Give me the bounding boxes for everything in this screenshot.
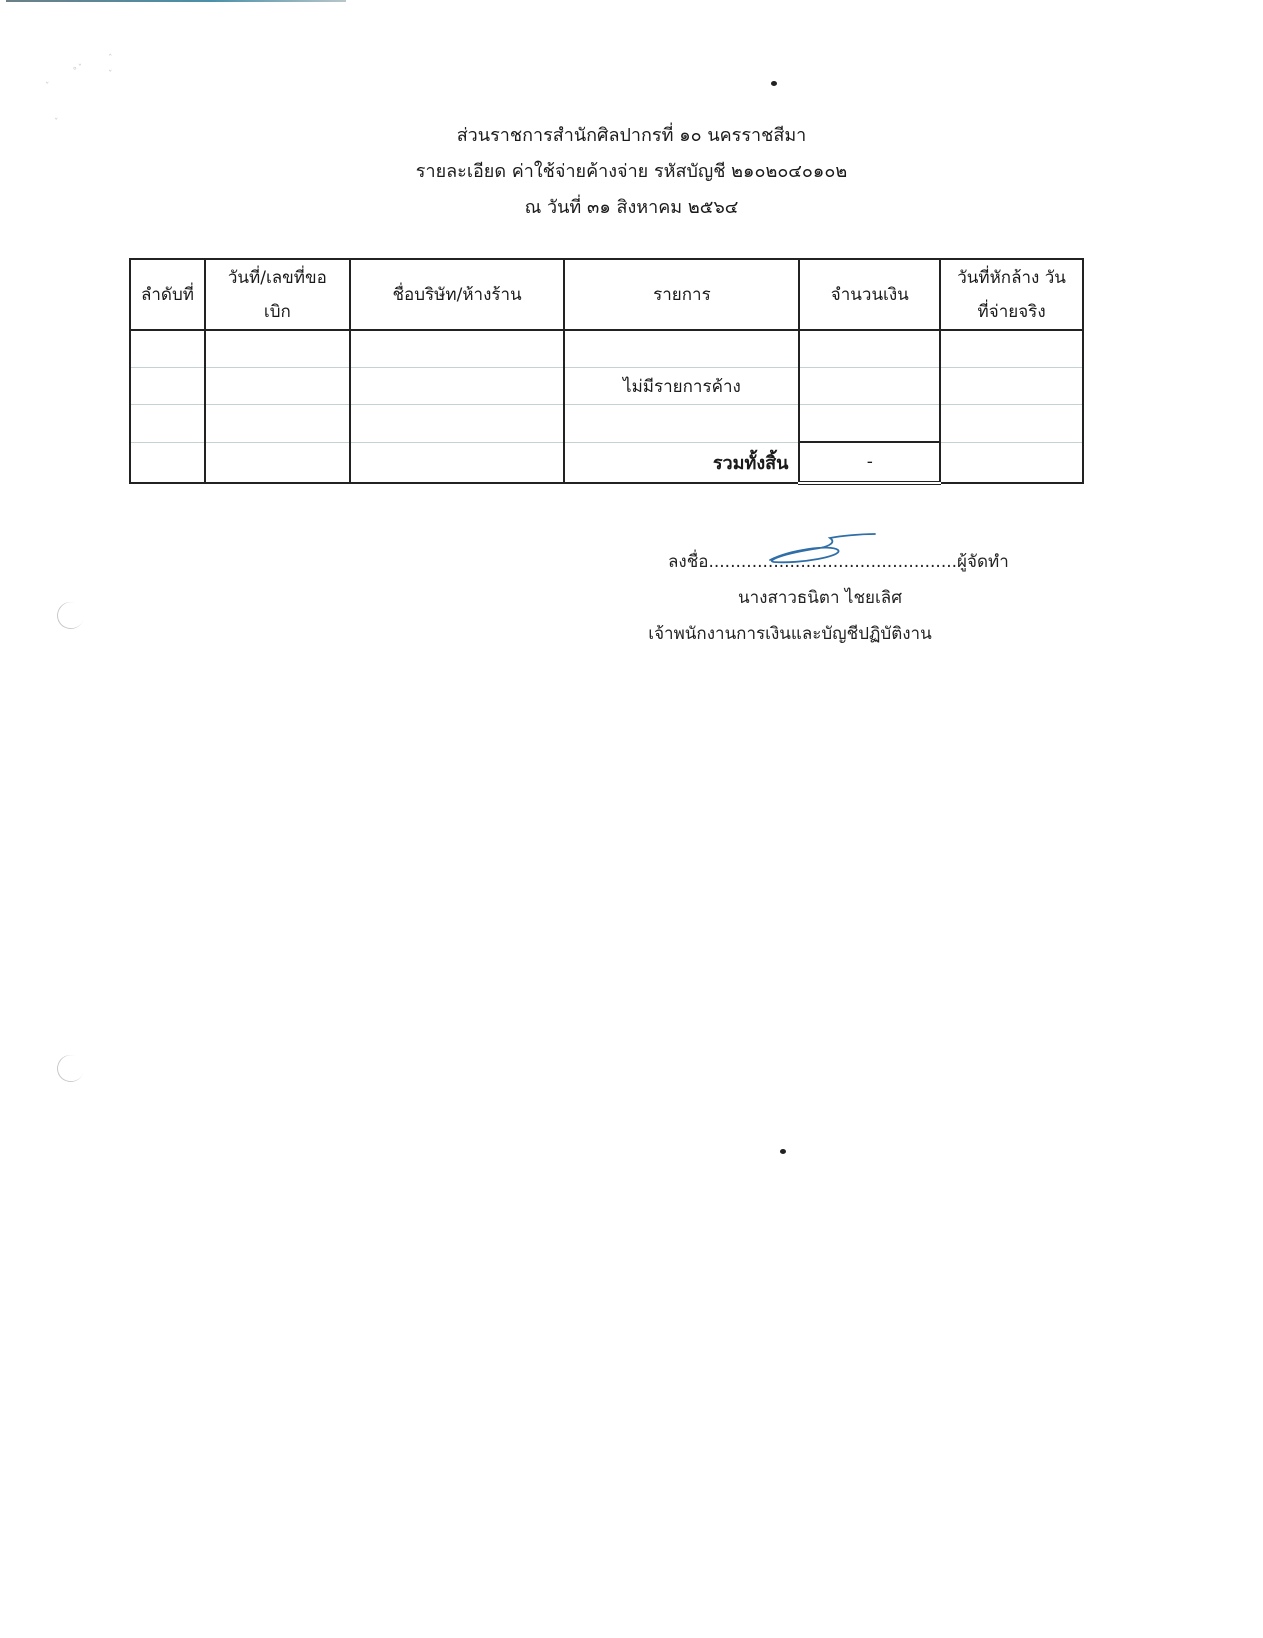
column-header-company: ชื่อบริษัท/ห้างร้าน xyxy=(350,259,565,330)
scan-edge-artifact xyxy=(6,0,346,2)
column-header-sequence: ลำดับที่ xyxy=(130,259,205,330)
cell-company xyxy=(350,442,565,483)
total-row: รวมทั้งสิ้น - xyxy=(130,442,1083,483)
signature-dots: ........................................… xyxy=(708,552,957,572)
signature-role: ผู้จัดทำ xyxy=(957,552,1009,572)
scan-mark: ˇ xyxy=(45,82,50,92)
signature-prefix: ลงชื่อ xyxy=(668,552,708,572)
column-header-amount: จำนวนเงิน xyxy=(799,259,940,330)
scan-mark: ∘ˇ xyxy=(72,64,82,74)
cell-sequence xyxy=(130,405,205,443)
cell-date-request-no xyxy=(205,330,350,368)
cell-company xyxy=(350,330,565,368)
signature-line: ลงชื่อ..................................… xyxy=(668,548,1009,575)
cell-amount xyxy=(799,330,940,368)
cell-amount xyxy=(799,405,940,443)
cell-amount xyxy=(799,368,940,405)
scan-speck xyxy=(771,81,777,86)
cell-sequence xyxy=(130,368,205,405)
column-header-clearing-payment-date: วันที่หักล้าง วันที่จ่ายจริง xyxy=(940,259,1083,330)
cell-date-request-no xyxy=(205,368,350,405)
cell-clearing-date xyxy=(940,368,1083,405)
cell-company xyxy=(350,368,565,405)
no-outstanding-items-note: ไม่มีรายการค้าง xyxy=(564,368,799,405)
cell-item xyxy=(564,405,799,443)
cell-sequence xyxy=(130,330,205,368)
scan-mark: ˆ xyxy=(108,54,113,64)
cell-sequence xyxy=(130,442,205,483)
table-row xyxy=(130,330,1083,368)
punch-hole xyxy=(53,1051,88,1086)
report-date: ณ วันที่ ๓๑ สิงหาคม ๒๕๖๔ xyxy=(0,190,1263,226)
scan-speck xyxy=(780,1149,786,1154)
document-header: ส่วนราชการสำนักศิลปากรที่ ๑๐ นครราชสีมา … xyxy=(0,118,1263,226)
punch-hole xyxy=(53,598,88,633)
table-header-row: ลำดับที่ วันที่/เลขที่ขอ เบิก ชื่อบริษัท… xyxy=(130,259,1083,330)
table-row xyxy=(130,405,1083,443)
organization-title: ส่วนราชการสำนักศิลปากรที่ ๑๐ นครราชสีมา xyxy=(0,118,1263,154)
cell-clearing-date xyxy=(940,442,1083,483)
table-row: ไม่มีรายการค้าง xyxy=(130,368,1083,405)
report-subject: รายละเอียด ค่าใช้จ่ายค้างจ่าย รหัสบัญชี … xyxy=(0,154,1263,190)
column-header-date-request-no: วันที่/เลขที่ขอ เบิก xyxy=(205,259,350,330)
total-amount: - xyxy=(799,442,940,483)
accrued-expenses-table: ลำดับที่ วันที่/เลขที่ขอ เบิก ชื่อบริษัท… xyxy=(129,258,1084,485)
total-label: รวมทั้งสิ้น xyxy=(564,442,799,483)
cell-clearing-date xyxy=(940,405,1083,443)
cell-company xyxy=(350,405,565,443)
cell-item xyxy=(564,330,799,368)
cell-clearing-date xyxy=(940,330,1083,368)
column-header-item: รายการ xyxy=(564,259,799,330)
cell-date-request-no xyxy=(205,405,350,443)
cell-date-request-no xyxy=(205,442,350,483)
signer-position: เจ้าพนักงานการเงินและบัญชีปฏิบัติงาน xyxy=(625,620,955,647)
scan-mark: ˇ xyxy=(108,70,113,80)
signer-name: นางสาวธนิตา ไชยเลิศ xyxy=(640,584,1000,611)
